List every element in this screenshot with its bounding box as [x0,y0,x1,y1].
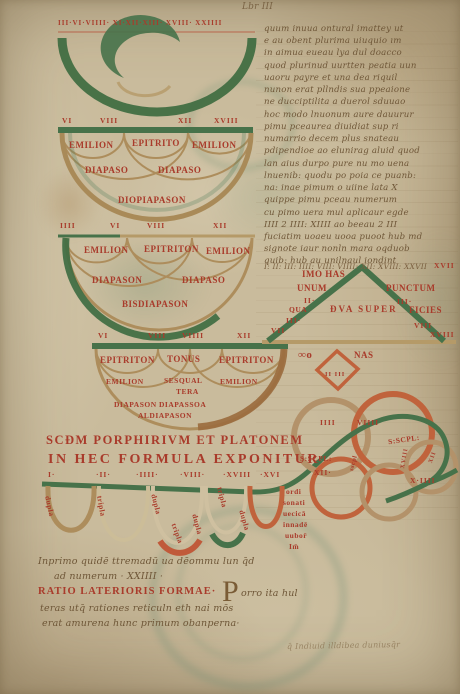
d2-numeral-1: VI [62,116,72,125]
text-line-15: quippe pimu pceau numerum [264,195,397,205]
d4-label-emilion-left: EMILION [106,377,144,386]
triangle-right-mark-2: VIII [414,321,432,330]
triangle-ficies-label: FICIES [409,305,442,315]
manuscript-page: Lbr III III·VI·VIIII· XI·XII·XIII· XVIII… [0,0,460,694]
text-line-7: ne ducciptilita a duerol sduuao [264,97,406,107]
d2-label-emilion-left: EMILION [69,140,114,150]
d4-label-sesqual: SESQUAL [164,376,203,385]
caption-line-1: SCĐM PORPHIRIVM ET PLATONEM [46,433,304,448]
triangle-unum-label: UNUM [297,283,327,293]
knot-diamond-numerals: II III [325,371,345,378]
d2-label-diopiapason: DIOPIAPASON [118,195,186,205]
text-line-11: pdipendioe ao elunirag aluid quod [264,146,420,156]
bottom-line-3: teras utq̄ rationes reticuln eth nai mōs [40,603,233,614]
lambda-numeral-5: ·XVIII [223,470,251,479]
bottom-line-1: Inprimo quidē ttremadū ua dēommu lun q̄d [38,556,255,567]
d2-numeral-3: XII [178,116,192,125]
bottom-red-title: RATIO LATERIORIS FORMAE· [38,586,216,597]
lambda-numeral-3: ·IIII· [136,470,159,479]
page-header: Lbr III [242,2,273,12]
lambda-note-4: innadē [283,520,308,529]
d4-label-diapason-row: DIAPASON DIAPASSOA [114,400,206,409]
text-line-14: na: inae pimum o uiine lata X [264,183,398,193]
triangle-left-mark-1: II· [304,296,315,305]
d4-numeral-3: VIIII [182,331,204,340]
lambda-note-5: uubor̄ [285,531,307,540]
lambda-numeral-4: ·VIII· [180,470,205,479]
knot-numeral-xxiiii: X·IIII [410,476,436,485]
triangle-numerals-row: I: II: III: IIII: VIII: VIIII: XII: XVII… [264,262,427,271]
lambda-note-6: Im̄ [289,542,299,551]
bottom-line-2: ad numerum · XXIIII · [54,571,163,582]
monas-right-label: NAS [354,350,374,360]
text-line-16: cu pimo uera mul aplicaur egde [264,208,409,218]
d4-numeral-2: VIII [148,331,166,340]
lambda-numeral-6: ·XVI [260,470,280,479]
triangle-left-mark-2: III· [286,316,301,325]
text-line-4: quod plurinud uurtten peatia uun [264,61,417,71]
bottom-line-4: erat amurena hunc primum obanperna· [42,618,240,629]
d4-label-aldiapason: ALDIAPASON [138,411,192,420]
text-line-2: e au obent plurima uiuquio ım [264,36,402,46]
text-line-5: uaoru payre et una dea riquil [264,73,397,83]
knot-numeral-xii: XII· [314,468,332,477]
d2-label-diapaso-left: DIAPASO [85,165,128,175]
d1-numerals: III·VI·VIIII· XI·XII·XIII· XVIII· XXIIII [58,19,222,27]
monas-left-label: ∞o [298,349,312,361]
caption-line-2: IN HEC FORMULA EXPONITUR [48,452,320,468]
triangle-right-numeral: XVII [434,261,455,270]
d4-numeral-1: VI [98,331,108,340]
d3-label-bisdiapason: BISDIAPASON [122,299,188,309]
d4-label-emilion-right: EMILION [220,377,258,386]
triangle-left-mark-3: VII [271,326,285,335]
d2-label-epitrito: EPITRITO [132,138,180,148]
knot-numeral-iiii: IIII [320,418,336,427]
d2-label-diapaso-right: DIAPASO [158,165,201,175]
text-line-9: pimu pceaurea diuidiat sup ri [264,122,399,132]
triangle-dva-super-label: ĐVA SUPER [330,304,398,314]
d4-label-epitriton-right: EPITRITON [219,355,274,365]
text-line-8: hoc modo lnuonum aure dauurur [264,110,414,120]
triangle-apex-label: IMO HAS [302,269,345,279]
d3-label-epitriton: EPITRITON [144,244,199,254]
text-line-17: IIII 2 IIII: XIIII ao beeau 2 III [264,220,397,230]
d3-numeral-2: VI [110,221,120,230]
d2-numeral-4: XVIII [214,116,239,125]
d3-numeral-3: VIII [147,221,165,230]
text-line-10: numarrio decem plus snateau [264,134,399,144]
lambda-note-1: ordi [286,487,301,496]
d4-numeral-4: XII [237,331,251,340]
d2-label-emilion-right: EMILION [192,140,237,150]
lambda-note-2: sonati [283,498,305,507]
triangle-punctum-label: PUNCTUM [386,283,436,293]
d4-label-epitriton-left: EPITRITON [100,355,155,365]
d4-label-tera: TERA [176,387,199,396]
d3-label-diapason: DIAPASON [92,275,142,285]
d3-label-emilion-left: EMILION [84,245,129,255]
text-line-1: quum inuua ontural imattey ut [264,24,403,34]
triangle-right-mark-3: XVIII [430,330,455,339]
text-line-6: nunon erat pllndis sua ppeaione [264,85,410,95]
d3-label-diapaso: DIAPASO [182,275,225,285]
bottom-after-initial: orro ita hul [241,588,298,599]
lambda-numeral-1: I· [48,470,55,479]
text-line-18: fuciatim uoaeu uooa puoot hub md [264,232,422,242]
knot-numeral-viiii: VIIII [357,418,379,427]
lambda-numeral-2: ·II· [96,470,111,479]
text-line-12: lan aius durpo pure nu mo uena [264,159,409,169]
text-line-3: in aimua eueau lya dul doacco [264,48,402,58]
lambda-note-3: uecicā [283,509,306,518]
d3-label-emilion-right: EMILION [206,246,251,256]
d3-numeral-4: XII [213,221,227,230]
d2-numeral-2: VIII [100,116,118,125]
triangle-qua-label: QUA [289,305,307,314]
knot-sscpl-left: S:SCPL: [300,454,332,463]
text-line-19: signote iaur nonln mara oqduob [264,244,410,254]
d3-numeral-1: IIII [60,221,76,230]
d4-label-tonus: TONUS [167,354,200,364]
text-line-13: lnuenib: quodu po poia ce puanb: [264,171,416,181]
